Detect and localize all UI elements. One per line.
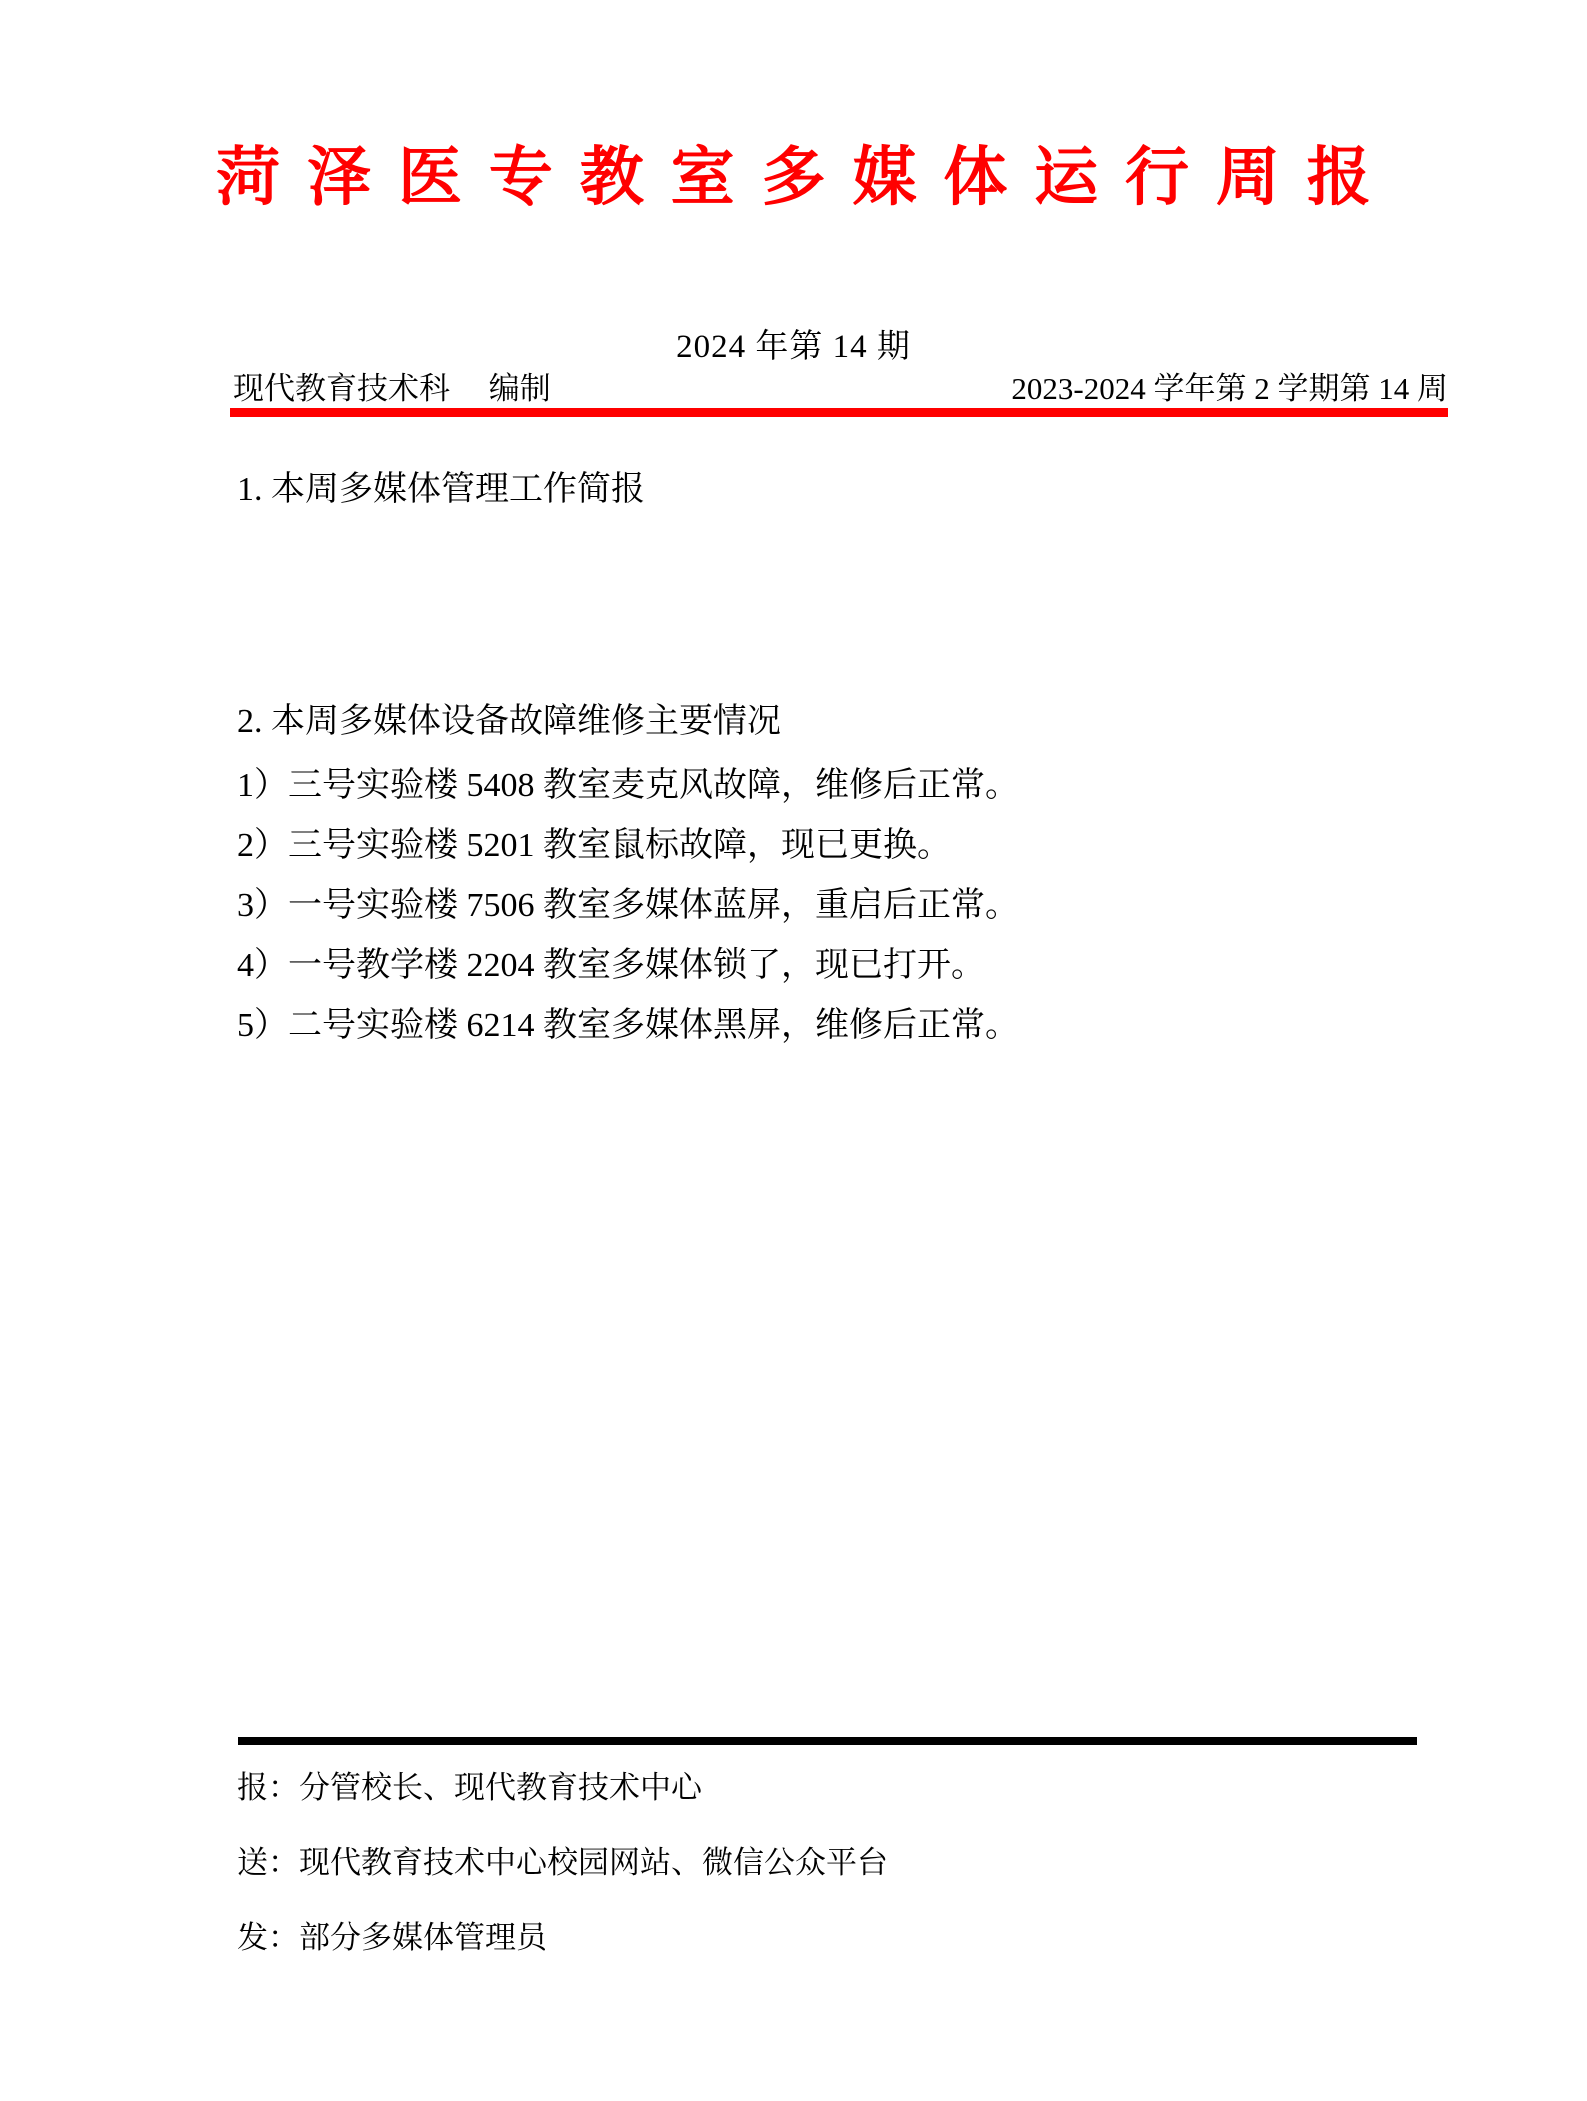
distribution-footer: 报：分管校长、现代教育技术中心 送：现代教育技术中心校园网站、微信公众平台 发：… <box>237 1750 1457 1975</box>
footer-issue-to-line: 发：部分多媒体管理员 <box>237 1900 1457 1975</box>
section-heading-weekly-brief: 1. 本周多媒体管理工作简报 <box>237 468 1457 512</box>
masthead-red-rule <box>230 408 1448 417</box>
issue-number-line: 2024 年第 14 期 <box>0 328 1587 366</box>
list-item: 5）二号实验楼 6214 教室多媒体黑屏，维修后正常。 <box>237 996 1457 1056</box>
term-week-label: 2023-2024 学年第 2 学期第 14 周 <box>1011 371 1448 407</box>
document-title: 菏泽医专教室多媒体运行周报 <box>0 140 1587 216</box>
list-item: 2）三号实验楼 5201 教室鼠标故障，现已更换。 <box>237 816 1457 876</box>
section-heading-fault-repairs: 2. 本周多媒体设备故障维修主要情况 <box>237 700 1457 744</box>
report-body: 1. 本周多媒体管理工作简报 2. 本周多媒体设备故障维修主要情况 1）三号实验… <box>237 468 1457 1056</box>
masthead-meta-row: 现代教育技术科 编制 2023-2024 学年第 2 学期第 14 周 <box>233 371 1448 407</box>
list-item: 3）一号实验楼 7506 教室多媒体蓝屏，重启后正常。 <box>237 876 1457 936</box>
list-item: 1）三号实验楼 5408 教室麦克风故障，维修后正常。 <box>237 756 1457 816</box>
compiler-label: 现代教育技术科 编制 <box>233 371 551 407</box>
footer-black-rule <box>238 1737 1417 1745</box>
footer-send-to-line: 送：现代教育技术中心校园网站、微信公众平台 <box>237 1825 1457 1900</box>
fault-repair-list: 1）三号实验楼 5408 教室麦克风故障，维修后正常。 2）三号实验楼 5201… <box>237 756 1457 1056</box>
list-item: 4）一号教学楼 2204 教室多媒体锁了，现已打开。 <box>237 936 1457 996</box>
footer-report-to-line: 报：分管校长、现代教育技术中心 <box>237 1750 1457 1825</box>
